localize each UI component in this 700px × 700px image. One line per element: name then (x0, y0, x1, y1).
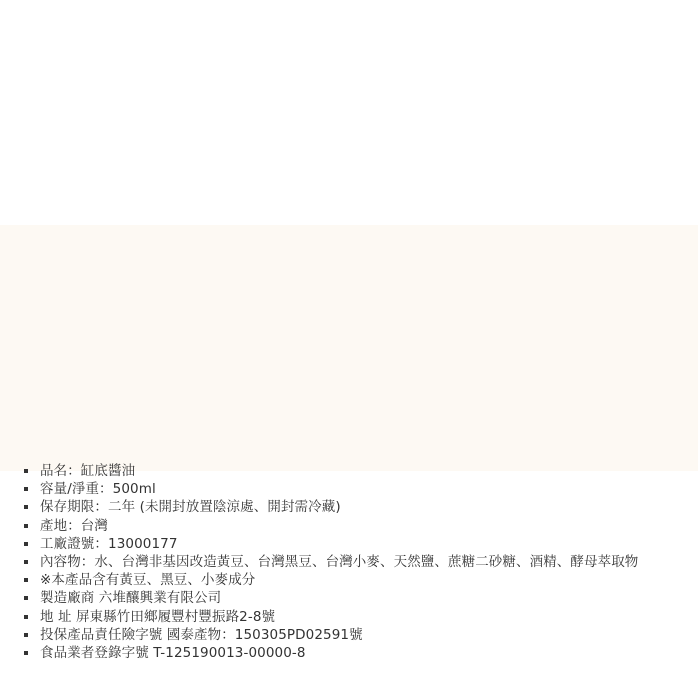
spec-item-ingredients: 內容物：水、台灣非基因改造黃豆、台灣黑豆、台灣小麥、天然鹽、蔗糖二砂糖、酒精、酵… (0, 553, 700, 571)
product-spec-panel: 品名：缸底醬油 容量/淨重：500ml 保存期限：二年 (未開封放置陰涼處、開封… (0, 225, 698, 471)
square-bullet-icon (24, 651, 28, 655)
square-bullet-icon (24, 469, 28, 473)
spec-item-allergens: ※本產品含有黃豆、黑豆、小麥成分 (0, 571, 700, 589)
spec-item-text: 地 址 屏東縣竹田鄉履豐村豐振路2-8號 (40, 609, 275, 625)
spec-item-text: 容量/淨重：500ml (40, 481, 156, 497)
spec-item-address: 地 址 屏東縣竹田鄉履豐村豐振路2-8號 (0, 608, 700, 626)
spec-item-text: 保存期限：二年 (未開封放置陰涼處、開封需冷藏) (40, 499, 341, 515)
square-bullet-icon (24, 524, 28, 528)
spec-item-text: 食品業者登錄字號 T-125190013-00000-8 (40, 645, 306, 661)
spec-item-text: 製造廠商 六堆釀興業有限公司 (40, 590, 221, 606)
spec-item-text: 內容物：水、台灣非基因改造黃豆、台灣黑豆、台灣小麥、天然鹽、蔗糖二砂糖、酒精、酵… (40, 554, 638, 570)
square-bullet-icon (24, 560, 28, 564)
square-bullet-icon (24, 615, 28, 619)
spec-item-text: ※本產品含有黃豆、黑豆、小麥成分 (40, 572, 255, 588)
square-bullet-icon (24, 542, 28, 546)
spec-item-text: 品名：缸底醬油 (40, 463, 135, 479)
square-bullet-icon (24, 578, 28, 582)
product-spec-list: 品名：缸底醬油 容量/淨重：500ml 保存期限：二年 (未開封放置陰涼處、開封… (0, 462, 700, 662)
spec-item-manufacturer: 製造廠商 六堆釀興業有限公司 (0, 589, 700, 607)
spec-item-volume: 容量/淨重：500ml (0, 480, 700, 498)
spec-item-text: 產地：台灣 (40, 518, 108, 534)
spec-item-factory-license: 工廠證號：13000177 (0, 535, 700, 553)
spec-item-product-name: 品名：缸底醬油 (0, 462, 700, 480)
square-bullet-icon (24, 596, 28, 600)
square-bullet-icon (24, 505, 28, 509)
spec-item-origin: 產地：台灣 (0, 517, 700, 535)
spec-item-text: 工廠證號：13000177 (40, 536, 178, 552)
spec-item-insurance: 投保產品責任險字號 國泰產物：150305PD02591號 (0, 626, 700, 644)
spec-item-food-registration: 食品業者登錄字號 T-125190013-00000-8 (0, 644, 700, 662)
square-bullet-icon (24, 487, 28, 491)
spec-item-shelf-life: 保存期限：二年 (未開封放置陰涼處、開封需冷藏) (0, 498, 700, 516)
square-bullet-icon (24, 633, 28, 637)
spec-item-text: 投保產品責任險字號 國泰產物：150305PD02591號 (40, 627, 363, 643)
